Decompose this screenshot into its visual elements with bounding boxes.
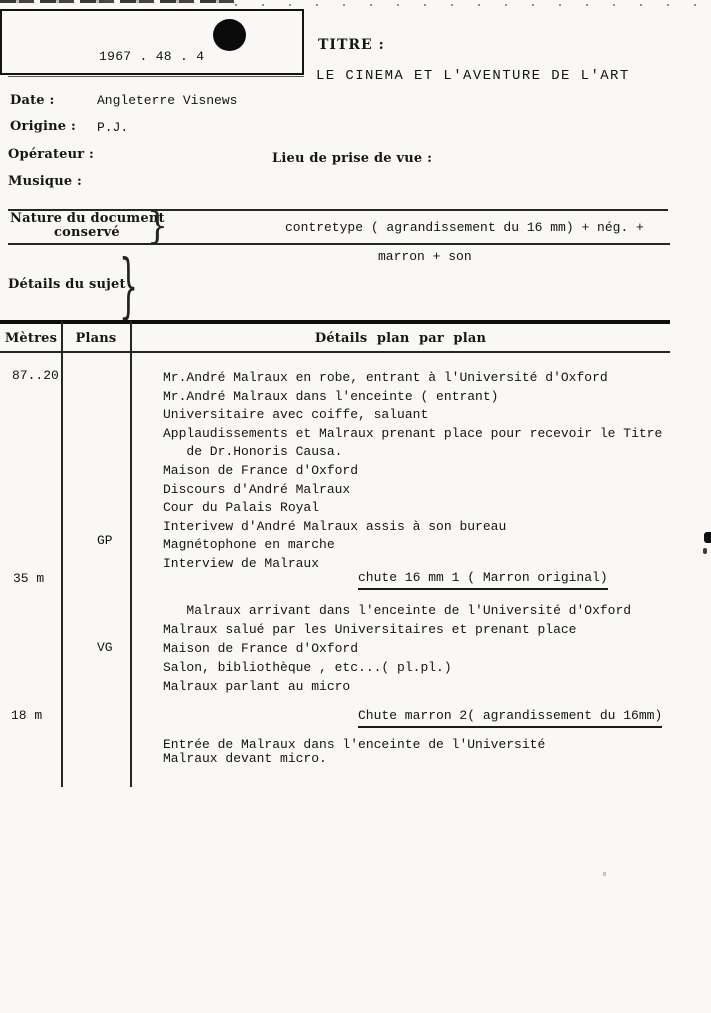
nature-value-line1: contretype ( agrandissement du 16 mm) + …: [285, 220, 644, 235]
metres-value-1: 87..20: [12, 368, 59, 383]
date-label: Date :: [10, 93, 55, 108]
detail-line: Salon, bibliothèque , etc...( pl.pl.): [163, 658, 631, 677]
film-title: LE CINEMA ET L'AVENTURE DE L'ART: [316, 68, 630, 84]
detail-line: Discours d'André Malraux: [163, 481, 662, 500]
detail-line: Mr.André Malraux en robe, entrant à l'Un…: [163, 369, 662, 388]
scan-noise-top-right: [235, 4, 705, 6]
scanned-archive-document: 1967 . 48 . 4 TITRE : LE CINEMA ET L'AVE…: [0, 0, 711, 1013]
nature-label-line1: Nature du document: [10, 211, 165, 226]
origine-value: P.J.: [97, 120, 128, 135]
titre-label: TITRE :: [318, 37, 385, 53]
table-column-line-2: [130, 321, 132, 787]
metres-value-2: 35 m: [13, 571, 44, 586]
table-header-details: Détails plan par plan: [131, 331, 670, 346]
chute-heading-2: Chute marron 2( agrandissement du 16mm): [358, 708, 662, 728]
musique-label: Musique :: [8, 174, 82, 189]
lieu-label: Lieu de prise de vue :: [272, 151, 432, 166]
chute-heading-1: chute 16 mm 1 ( Marron original): [358, 570, 608, 590]
details-sujet-label: Détails du sujet: [8, 277, 126, 292]
table-column-line-1: [61, 321, 63, 787]
id-code: 1967 . 48 . 4: [99, 49, 204, 64]
detail-line: Cour du Palais Royal: [163, 499, 662, 518]
plans-value-vg: VG: [97, 640, 113, 655]
detail-line: Magnétophone en marche: [163, 536, 662, 555]
detail-line: Mr.André Malraux dans l'enceinte ( entra…: [163, 388, 662, 407]
detail-line: Malraux salué par les Universitaires et …: [163, 620, 631, 639]
detail-section-2: Malraux arrivant dans l'enceinte de l'Un…: [163, 601, 631, 696]
detail-line: Maison de France d'Oxford: [163, 639, 631, 658]
plans-value-gp: GP: [97, 533, 113, 548]
date-value: Angleterre Visnews: [97, 93, 237, 108]
detail-line: Malraux parlant au micro: [163, 677, 631, 696]
table-header-plans: Plans: [62, 331, 130, 346]
scan-speck-bottom: [603, 872, 606, 876]
detail-section-1: Mr.André Malraux en robe, entrant à l'Un…: [163, 369, 662, 574]
detail-line: de Dr.Honoris Causa.: [163, 443, 662, 462]
detail-line: Malraux arrivant dans l'enceinte de l'Un…: [163, 601, 631, 620]
nature-brace-icon: }: [147, 204, 168, 247]
black-dot-mark: [213, 19, 246, 51]
id-box-shadow-line: [8, 76, 304, 77]
detail-line: Entrée de Malraux dans l'enceinte de l'U…: [163, 738, 545, 752]
detail-line: Malraux devant micro.: [163, 752, 545, 766]
nature-label-line2: conservé: [54, 225, 120, 240]
detail-line: Interivew d'André Malraux assis à son bu…: [163, 518, 662, 537]
table-header-underline: [0, 351, 670, 353]
scan-noise-top-left: [0, 0, 235, 3]
detail-section-3: Entrée de Malraux dans l'enceinte de l'U…: [163, 738, 545, 766]
scan-speck-top: [104, 0, 113, 3]
details-sujet-brace-icon: }: [119, 246, 138, 328]
table-header-metres: Mètres: [0, 331, 62, 346]
origine-label: Origine :: [10, 119, 76, 134]
metres-value-3: 18 m: [11, 708, 42, 723]
table-top-border: [0, 320, 670, 324]
scan-artifact-right-1: [704, 532, 711, 543]
detail-line: Maison de France d'Oxford: [163, 462, 662, 481]
id-box: [0, 9, 304, 75]
detail-line: Applaudissements et Malraux prenant plac…: [163, 425, 662, 444]
divider-line-mid: [8, 243, 670, 245]
scan-artifact-right-2: [703, 548, 707, 554]
nature-value-line2: marron + son: [378, 249, 472, 264]
operateur-label: Opérateur :: [8, 147, 94, 162]
detail-line: Universitaire avec coiffe, saluant: [163, 406, 662, 425]
